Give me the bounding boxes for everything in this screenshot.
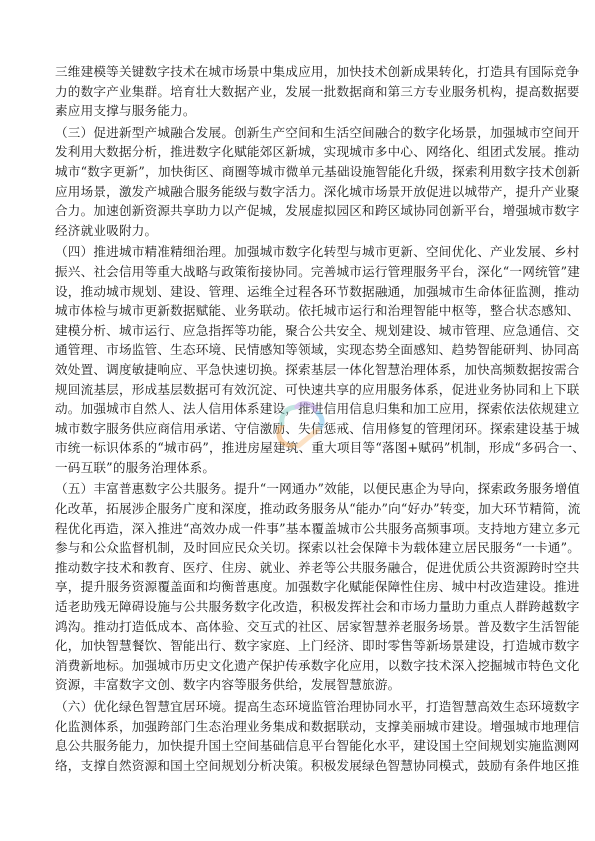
text-line: （五）丰富普惠数字公共服务。提升“一网通办”效能，以便民惠企为导向，探索政务服务… bbox=[55, 479, 541, 499]
text-line: 化监测体系，加强跨部门生态治理业务集成和数据联动，支撑美丽城市建设。增强城市地理… bbox=[55, 717, 541, 737]
text-line: 动。加强城市自然人、法人信用体系建设，推进信用信息归集和加工应用，探索依法依规建… bbox=[55, 399, 541, 419]
text-line: 化改革，拓展涉企服务广度和深度，推动政务服务从“能办”向“好办”转变，加大环节精… bbox=[55, 499, 541, 519]
text-line: 城市体检与城市更新数据赋能、业务联动。依托城市运行和治理智能中枢等，整合状态感知… bbox=[55, 301, 541, 321]
text-line: 素应用支撑与服务能力。 bbox=[55, 101, 541, 121]
text-line: 振兴、社会信用等重大战略与政策衔接协同。完善城市运行管理服务平台，深化“一网统管… bbox=[55, 262, 541, 282]
text-line: 消费新地标。加强城市历史文化遗产保护传承数字化应用，以数字技术深入挖掘城市特色文… bbox=[55, 656, 541, 676]
text-line: 三维建模等关键数字技术在城市场景中集成应用，加快技术创新成果转化，打造具有国际竞… bbox=[55, 62, 541, 82]
document-page: 三维建模等关键数字技术在城市场景中集成应用，加快技术创新成果转化，打造具有国际竞… bbox=[0, 0, 595, 841]
paragraph-3-industry-city-integration: （三）促进新型产城融合发展。创新生产空间和生活空间融合的数字化场景，加强城市空间… bbox=[55, 123, 541, 241]
paragraph-4-urban-governance: （四）推进城市精准精细治理。加强城市数字化转型与城市更新、空间优化、产业发展、乡… bbox=[55, 242, 541, 477]
text-line: 资源，丰富数字文创、数字内容等服务供给，发展智慧旅游。 bbox=[55, 675, 541, 695]
text-line: 络，支撑自然资源和国土空间规划分析决策。积极发展绿色智慧协同模式，鼓励有条件地区… bbox=[55, 756, 541, 776]
text-line: 设，推动城市规划、建设、管理、运维全过程各环节数据融通，加强城市生命体征监测，推… bbox=[55, 282, 541, 302]
text-line: 规回流基层，形成基层数据可有效沉淀、可快速共享的应用服务体系，促进业务协同和上下… bbox=[55, 380, 541, 400]
text-line: 鸿沟。推动打造低成本、高体验、交互式的社区、居家智慧养老服务场景。普及数字生活智… bbox=[55, 617, 541, 637]
text-line: 经济就业吸附力。 bbox=[55, 221, 541, 241]
text-line: 应用场景，激发产城融合服务能级与数字活力。深化城市场景开放促进以城带产，提升产业… bbox=[55, 182, 541, 202]
text-line: 参与和公众监督机制，及时回应民众关切。探索以社会保障卡为载体建立居民服务“一卡通… bbox=[55, 538, 541, 558]
text-line: （六）优化绿色智慧宜居环境。提高生态环境监管治理协同水平，打造智慧高效生态环境数… bbox=[55, 697, 541, 717]
text-line: 城市“数字更新”，加快街区、商圈等城市微单元基础设施智能化升级，探索利用数字技术… bbox=[55, 162, 541, 182]
text-line: 程优化再造，深入推进“高效办成一件事”基本覆盖城市公共服务高频事项。支持地方建立… bbox=[55, 519, 541, 539]
paragraph-continued: 三维建模等关键数字技术在城市场景中集成应用，加快技术创新成果转化，打造具有国际竞… bbox=[55, 62, 541, 121]
text-line: 化，加快智慧餐饮、智能出行、数字家庭、上门经济、即时零售等新场景建设，打造城市数… bbox=[55, 636, 541, 656]
text-line: 市统一标识体系的“城市码”，推进房屋建筑、重大项目等“落图+赋码”机制，形成“多… bbox=[55, 438, 541, 458]
text-line: 适老助残无障碍设施与公共服务数字化改造，积极发挥社会和市场力量助力重点人群跨越数… bbox=[55, 597, 541, 617]
text-line: 一码互联”的服务治理体系。 bbox=[55, 458, 541, 478]
text-line: 合力。加速创新资源共享助力以产促城，发展虚拟园区和跨区域协同创新平台，增强城市数… bbox=[55, 201, 541, 221]
text-line: 效处置、调度敏捷响应、平急快速切换。探索基层一体化智慧治理体系，加快高频数据按需… bbox=[55, 360, 541, 380]
paragraph-6-green-living-environment: （六）优化绿色智慧宜居环境。提高生态环境监管治理协同水平，打造智慧高效生态环境数… bbox=[55, 697, 541, 775]
text-line: （四）推进城市精准精细治理。加强城市数字化转型与城市更新、空间优化、产业发展、乡… bbox=[55, 242, 541, 262]
document-body: 三维建模等关键数字技术在城市场景中集成应用，加快技术创新成果转化，打造具有国际竞… bbox=[55, 62, 541, 777]
text-line: 发利用大数据分析，推进数字化赋能郊区新城，实现城市多中心、网络化、组团式发展。推… bbox=[55, 142, 541, 162]
text-line: 城市数字服务供应商信用承诺、守信激励、失信惩戒、信用修复的管理闭环。探索建设基于… bbox=[55, 419, 541, 439]
text-line: 享，提升服务资源覆盖面和均衡普惠度。加强数字化赋能保障性住房、城中村改造建设。推… bbox=[55, 577, 541, 597]
text-line: 推动数字技术和教育、医疗、住房、就业、养老等公共服务融合，促进优质公共资源跨时空… bbox=[55, 558, 541, 578]
text-line: 息公共服务能力，加快提升国土空间基础信息平台智能化水平，建设国土空间规划实施监测… bbox=[55, 736, 541, 756]
text-line: 力的数字产业集群。培育壮大数据产业，发展一批数据商和第三方专业服务机构，提高数据… bbox=[55, 82, 541, 102]
text-line: 建模分析、城市运行、应急指挥等功能，聚合公共安全、规划建设、城市管理、应急通信、… bbox=[55, 321, 541, 341]
text-line: （三）促进新型产城融合发展。创新生产空间和生活空间融合的数字化场景，加强城市空间… bbox=[55, 123, 541, 143]
paragraph-5-public-services: （五）丰富普惠数字公共服务。提升“一网通办”效能，以便民惠企为导向，探索政务服务… bbox=[55, 479, 541, 695]
text-line: 通管理、市场监管、生态环境、民情感知等领域，实现态势全面感知、趋势智能研判、协同… bbox=[55, 340, 541, 360]
